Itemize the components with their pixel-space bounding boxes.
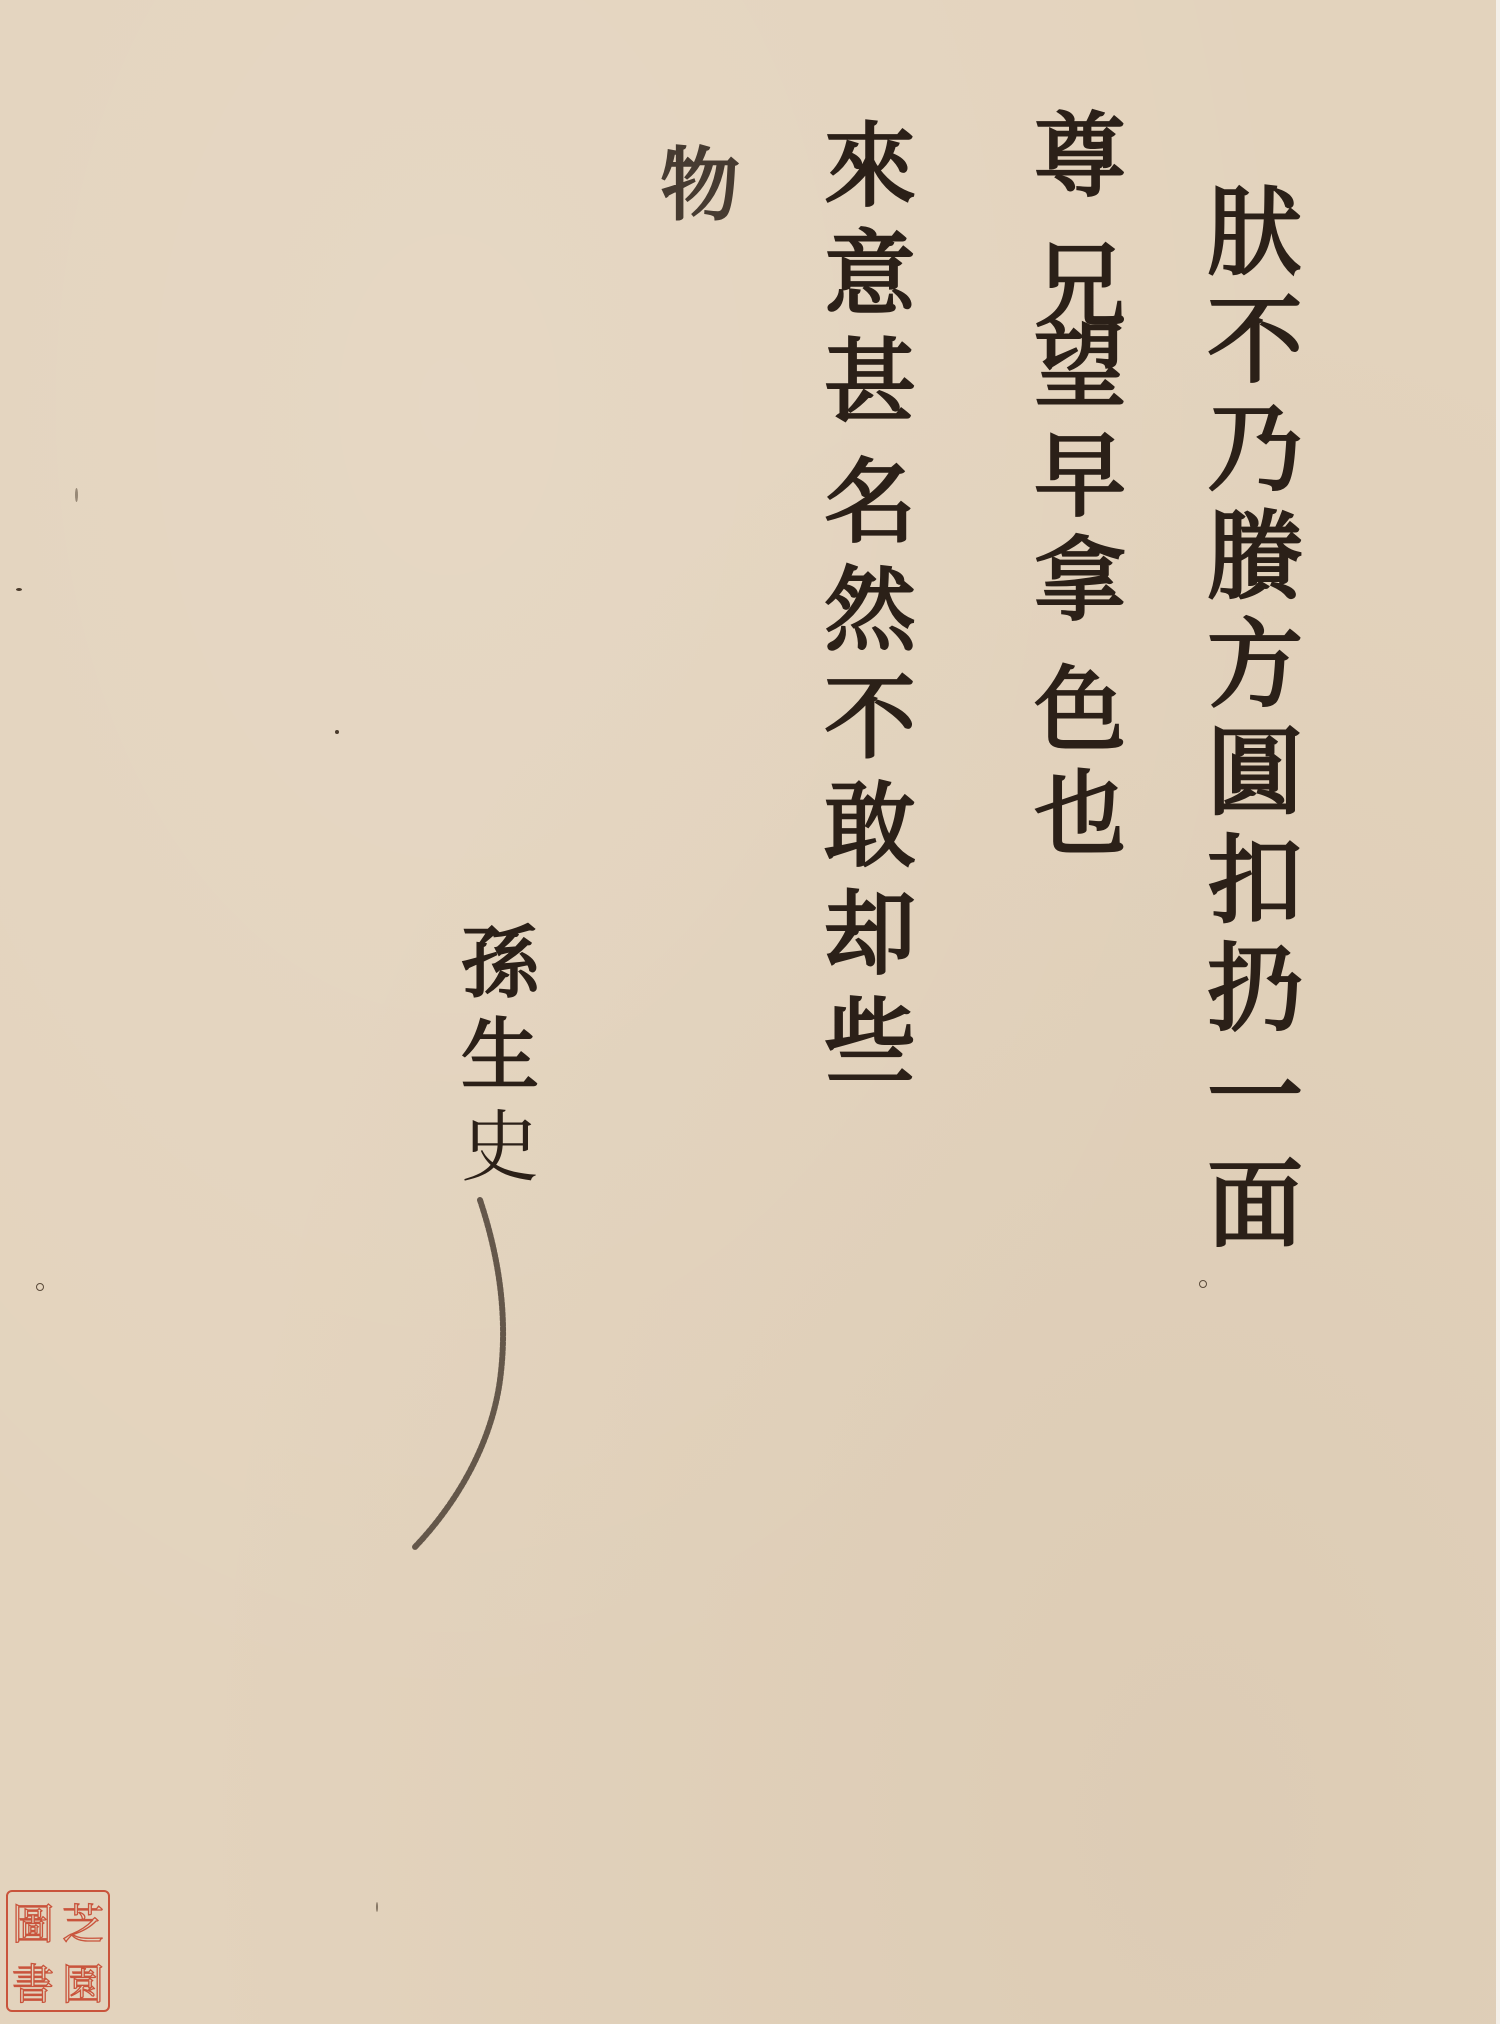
character: 些	[824, 996, 916, 1104]
paper-mark	[1199, 1280, 1207, 1288]
text-column-3: 來 意 甚 名 然 不 敢 却 些	[815, 120, 925, 1104]
character: 名	[824, 456, 916, 564]
character: 兄	[1034, 240, 1126, 320]
character: 色	[1034, 664, 1126, 768]
seal-character: 圖	[8, 1892, 58, 1952]
character: 面	[1207, 1157, 1303, 1265]
character: 却	[824, 888, 916, 996]
character: 尊	[1034, 110, 1126, 240]
character: 圓	[1207, 725, 1303, 833]
paper-speck	[335, 730, 339, 734]
character: 然	[824, 564, 916, 672]
character: 不	[824, 672, 916, 780]
character: 早	[1034, 430, 1126, 534]
character: 賸	[1207, 509, 1303, 617]
character: 扣	[1207, 833, 1303, 941]
character: 一	[1207, 1049, 1303, 1157]
signature: 孫 生 史	[440, 925, 560, 1201]
character: 甚	[824, 336, 916, 456]
signature-character: 孫	[461, 925, 539, 1017]
character: 也	[1034, 768, 1126, 872]
text-column-1: 肰 不 乃 賸 方 圓 扣 扔 一 面	[1195, 185, 1315, 1265]
character: 來	[824, 120, 916, 228]
seal-character: 書	[8, 1952, 58, 2012]
character: 物	[660, 145, 740, 225]
character: 不	[1207, 293, 1303, 401]
text-column-2: 尊 兄 望 早 拿 色 也	[1025, 110, 1135, 872]
character: 乃	[1207, 401, 1303, 509]
paper-speck	[376, 1902, 378, 1912]
character: 敢	[824, 780, 916, 888]
paper-speck	[16, 588, 22, 591]
text-column-4: 物	[650, 145, 750, 225]
signature-tail-stroke	[400, 1180, 540, 1560]
seal-character: 園	[58, 1952, 108, 2012]
character: 拿	[1034, 534, 1126, 664]
signature-character: 生	[461, 1017, 539, 1109]
paper-edge	[1496, 0, 1500, 2024]
character: 扔	[1207, 941, 1303, 1049]
character: 意	[824, 228, 916, 336]
character: 望	[1034, 320, 1126, 430]
collector-seal: 圖 芝 書 園	[6, 1890, 110, 2012]
seal-character: 芝	[58, 1892, 108, 1952]
paper-speck	[75, 488, 78, 502]
paper-mark	[36, 1283, 44, 1291]
character: 方	[1207, 617, 1303, 725]
character: 肰	[1207, 185, 1303, 293]
